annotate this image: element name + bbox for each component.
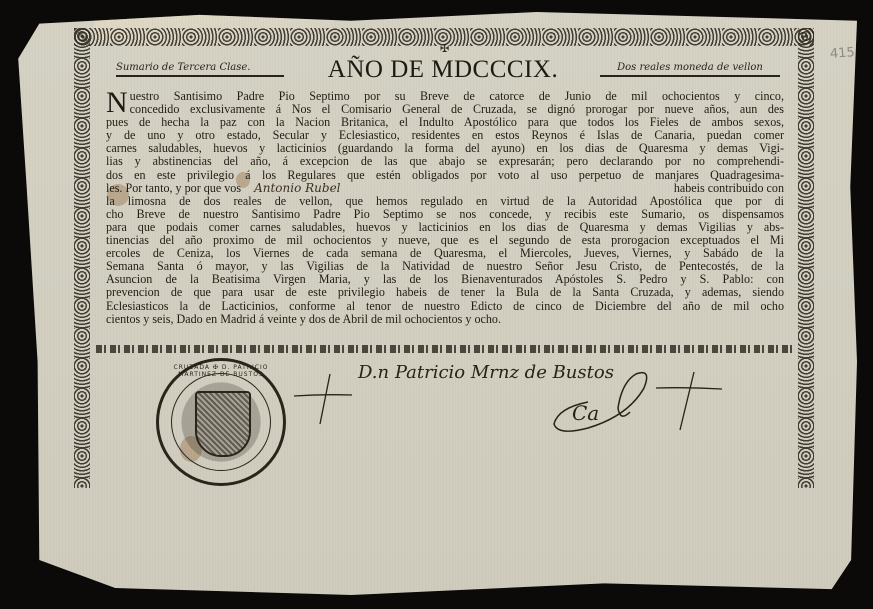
- body-line: les. Por tanto, y por que vos Antonio Ru…: [106, 182, 784, 195]
- rubric-initials: Ca: [572, 401, 599, 425]
- document-title: AÑO DE MDCCCIX.: [313, 56, 573, 84]
- seal-inscription: CRUZADA ✠ D. PATRICIO MARTINEZ DE BUSTOS: [159, 364, 283, 378]
- right-cross-mark-icon: [654, 370, 724, 432]
- body-line: dos en este privilegio á los Regulares q…: [106, 169, 784, 182]
- body-line-text: les. Por tanto, y por que vos: [106, 182, 241, 195]
- body-line-suffix: habeis contribuido con: [674, 182, 784, 195]
- document-header: Sumario de Tercera Clase. ✠ AÑO DE MDCCC…: [108, 56, 780, 86]
- body-line: y de uno y otro estado, Secular y Eclesi…: [106, 129, 784, 142]
- body-line: cho Breve de nuestro Santisimo Padre Pio…: [106, 208, 784, 221]
- body-line: uestro Santisimo Padre Pio Septimo por s…: [130, 90, 784, 103]
- body-line: lias y abstinencias del año, á excepcion…: [106, 155, 784, 168]
- official-seal: CRUZADA ✠ D. PATRICIO MARTINEZ DE BUSTOS: [156, 358, 286, 486]
- border-left: [74, 28, 90, 488]
- body-line: tinencias del año proximo de mil ochocie…: [106, 234, 784, 247]
- header-price-label: Dos reales moneda de vellon: [600, 62, 780, 77]
- cross-icon: ✠: [440, 42, 449, 55]
- coat-of-arms-icon: [195, 391, 251, 457]
- dropcap: N: [106, 90, 128, 116]
- body-line: pues de hecha la paz con la Nacion Brita…: [106, 116, 784, 129]
- body-line: Semana Santa ó mayor, y las Vigilias de …: [106, 260, 784, 273]
- pencil-annotation: 415: [830, 45, 856, 62]
- handwritten-name: Antonio Rubel: [254, 182, 340, 195]
- body-line: Eclesiasticos la de Lacticinios, conform…: [106, 300, 784, 313]
- header-class-label: Sumario de Tercera Clase.: [116, 62, 284, 77]
- body-line: prevencion de que para usar de este priv…: [106, 286, 784, 299]
- left-cross-mark-icon: [292, 370, 354, 426]
- body-line: para que podais comer carnes saludables,…: [106, 221, 784, 234]
- body-line: cientos y seis, Dado en Madrid á veinte …: [106, 313, 784, 326]
- body-line: carnes saludables, huevos y lacticinios …: [106, 142, 784, 155]
- border-right: [798, 28, 814, 488]
- rubric-flourish-icon: Ca: [548, 368, 656, 434]
- body-line: ercoles de Ceniza, los Viernes de cada s…: [106, 247, 784, 260]
- border-divider: [96, 345, 792, 353]
- document-body: N uestro Santisimo Padre Pio Septimo por…: [106, 90, 784, 326]
- body-line: la limosna de dos reales de vellon, que …: [106, 195, 784, 208]
- body-line: Asuncion de la Beatisima Virgen Maria, y…: [106, 273, 784, 286]
- body-line: concedido exclusivamente á Nos el Comisa…: [130, 103, 784, 116]
